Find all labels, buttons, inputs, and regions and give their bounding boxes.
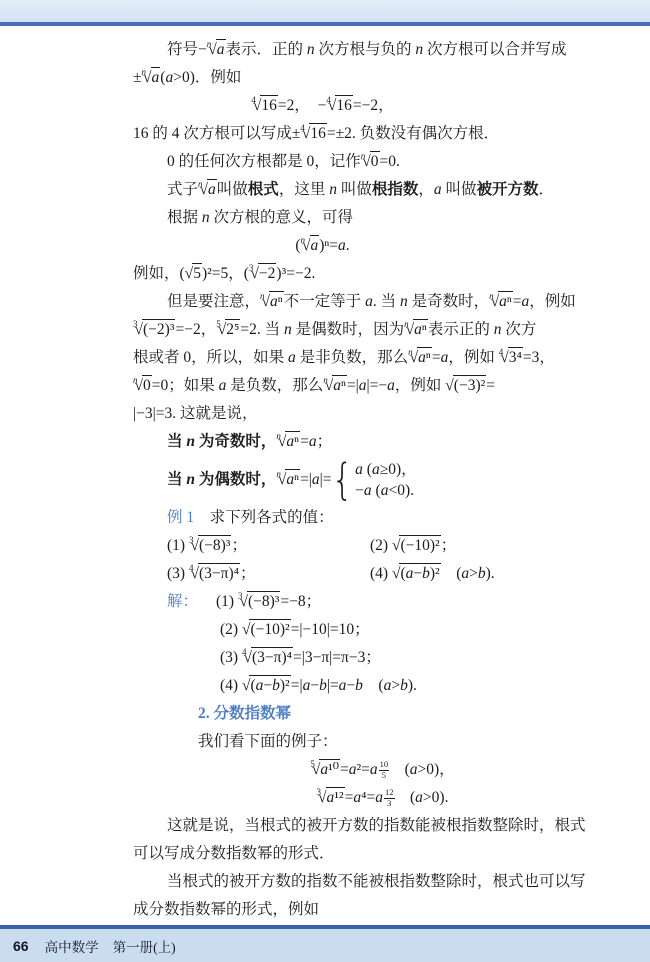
text-run: (4) — [220, 677, 242, 694]
text-line: n√0=0；如果 a 是负数，那么n√aⁿ=|a|=−a，例如 √(−3)²= — [133, 372, 632, 400]
text-line: 这就是说，当根式的被开方数的指数能被根指数整除时，根式 — [133, 812, 632, 840]
radical-expression: 3√(−2)³ — [133, 316, 175, 344]
text-line: (4) √(a−b)²=|a−b|=a−b (a>b). — [133, 672, 632, 700]
text-line: 当根式的被开方数的指数不能被根指数整除时，根式也可以写 — [133, 868, 632, 896]
text-run: (1) — [216, 593, 238, 610]
radical-expression: n√aⁿ — [489, 288, 513, 316]
text-run: =2. 当 n 是偶数时，因为 — [240, 321, 404, 338]
text-run: 当 n 为偶数时， — [167, 471, 276, 488]
text-run: (4) — [370, 565, 392, 582]
text-line: 解：(1) 3√(−8)³=−8； — [133, 588, 632, 616]
radical-expression: n√a — [207, 36, 226, 64]
radical-expression: 4√16 — [326, 92, 353, 120]
text-line: (3) 4√(3−π)⁴=|3−π|=π−3； — [133, 644, 632, 672]
text-run: 0 的任何次方根都是 0，记作 — [167, 153, 361, 170]
text-line: 例如，(√5)²=5，(3√−2)³=−2. — [133, 260, 632, 288]
text-line: 16 的 4 次方根可以写成±4√16=±2. 负数没有偶次方根． — [133, 120, 632, 148]
text-run: =|3−π|=π−3； — [293, 649, 381, 666]
radical-expression: 5√a¹⁰ — [310, 756, 340, 784]
text-run: 解： — [167, 593, 198, 610]
text-line: 成分数指数幂的形式，例如 — [133, 896, 632, 924]
text-run: 但是要注意， — [167, 293, 260, 310]
text-line: 符号−n√a表示．正的 n 次方根与负的 n 次方根可以合并写成 — [133, 36, 632, 64]
text-run: 求下列各式的值： — [194, 509, 334, 526]
text-run: 我们看下面的例子： — [198, 733, 338, 750]
radical-expression: n√a — [198, 176, 217, 204]
text-line: 当 n 为偶数时，n√aⁿ=|a|={a (a≥0)，−a (a<0). — [133, 456, 632, 504]
text-run: 16 的 4 次方根可以写成± — [133, 125, 300, 142]
text-run: =a，例如 — [513, 293, 576, 310]
text-line: 例 1 求下列各式的值： — [133, 504, 632, 532]
radical-expression: √(a−b)² — [392, 560, 441, 588]
text-run: (2) — [370, 537, 392, 554]
page-body-text: 符号−n√a表示．正的 n 次方根与负的 n 次方根可以合并写成±n√a(a>0… — [133, 36, 632, 924]
text-run: =|a−b|=a−b (a>b). — [291, 677, 417, 694]
text-run: =−8； — [280, 593, 321, 610]
radical-expression: n√aⁿ — [408, 344, 432, 372]
text-run: =a，例如 — [432, 349, 499, 366]
text-run: =a²=a — [340, 761, 378, 778]
radical-expression: √(−10)² — [242, 616, 291, 644]
text-run: 表示正的 n 次方 — [428, 321, 537, 338]
radical-expression: 5√2⁵ — [216, 316, 240, 344]
radical-expression: n√a — [300, 232, 319, 260]
radical-expression: n√0 — [133, 372, 152, 400]
text-line: 3√(−2)³=−2，5√2⁵=2. 当 n 是偶数时，因为n√aⁿ表示正的 n… — [133, 316, 632, 344]
text-run: = — [486, 377, 495, 394]
piecewise-cases: {a (a≥0)，−a (a<0). — [332, 459, 417, 501]
text-run: 当 n 为奇数时， — [167, 433, 276, 450]
text-line: 根或者 0，所以，如果 a 是非负数，那么n√aⁿ=a，例如 4√3⁴=3， — [133, 344, 632, 372]
text-run: 可以写成分数指数幂的形式． — [133, 845, 335, 862]
text-line: 2. 分数指数幂 — [133, 700, 632, 728]
text-run: ； — [441, 537, 457, 554]
text-run: 根指数 — [372, 181, 419, 198]
left-item: (1) 3√(−8)³； — [167, 532, 370, 560]
text-line: 4√16=2， −4√16=−2， — [133, 92, 632, 120]
radical-expression: 4√(3−π)⁴ — [242, 644, 293, 672]
fraction-exponent: 105 — [379, 760, 390, 781]
radical-expression: n√aⁿ — [260, 288, 284, 316]
text-run: ± — [133, 69, 142, 86]
text-line: 根据 n 次方根的意义，可得 — [133, 204, 632, 232]
radical-expression: √(−3)² — [445, 372, 486, 400]
text-run: 根式 — [248, 181, 279, 198]
text-run: 不一定等于 a. 当 n 是奇数时， — [284, 293, 489, 310]
two-column-formula-line: (1) 3√(−8)³；(2) √(−10)²； — [133, 532, 632, 560]
text-run: )ⁿ=a. — [319, 237, 349, 254]
radical-expression: n√0 — [361, 148, 380, 176]
radical-expression: 4√16 — [300, 120, 327, 148]
text-run: 叫做 — [217, 181, 248, 198]
text-run: 根据 n 次方根的意义，可得 — [167, 209, 353, 226]
text-run: (a>0)， — [389, 761, 455, 778]
text-run: (3) — [220, 649, 242, 666]
text-line: (n√a)ⁿ=a. — [133, 232, 632, 260]
radical-expression: n√a — [142, 64, 161, 92]
text-run: ，这里 n 叫做 — [279, 181, 372, 198]
text-run: ； — [231, 537, 247, 554]
page-number: 66 — [13, 938, 29, 954]
textbook-page: { "colors": { "accent_blue_text": "#4a7c… — [0, 0, 650, 962]
text-run: ； — [240, 565, 256, 582]
text-run: (3) — [167, 565, 189, 582]
radical-expression: n√aⁿ — [323, 372, 347, 400]
footer-band: 66 高中数学 第一册(上) — [0, 925, 650, 962]
text-run: )²=5，( — [202, 265, 249, 282]
radical-expression: 3√(−8)³ — [238, 588, 280, 616]
text-run: =a⁴=a — [345, 789, 383, 806]
text-run: 2. 分数指数幂 — [198, 705, 291, 722]
text-run: =3， — [523, 349, 555, 366]
text-run: =a； — [300, 433, 332, 450]
text-run: =|a|= — [300, 471, 331, 488]
text-run: 符号− — [167, 41, 207, 58]
two-column-formula-line: (3) 4√(3−π)⁴；(4) √(a−b)² (a>b). — [133, 560, 632, 588]
text-run: )³=−2. — [276, 265, 315, 282]
book-title: 高中数学 — [45, 936, 99, 956]
radical-expression: n√aⁿ — [276, 428, 300, 456]
radical-expression: 3√a¹² — [317, 784, 345, 812]
radical-expression: 4√(3−π)⁴ — [189, 560, 240, 588]
text-line: (2) √(−10)²=|−10|=10； — [133, 616, 632, 644]
text-run: =|a|=−a，例如 — [347, 377, 445, 394]
text-line: 3√a¹²=a⁴=a123 (a>0). — [133, 784, 632, 812]
left-item: (3) 4√(3−π)⁴； — [167, 560, 370, 588]
text-line: 0 的任何次方根都是 0，记作n√0=0. — [133, 148, 632, 176]
text-run: (a>0)．例如 — [160, 69, 241, 86]
text-run: 这就是说，当根式的被开方数的指数能被根指数整除时，根式 — [167, 817, 586, 834]
text-run: =−2， — [353, 97, 394, 114]
text-line: 式子n√a叫做根式，这里 n 叫做根指数，a 叫做被开方数． — [133, 176, 632, 204]
text-run: (2) — [220, 621, 242, 638]
footer-content: 66 高中数学 第一册(上) — [0, 929, 650, 962]
text-run: =0；如果 a 是负数，那么 — [152, 377, 324, 394]
radical-expression: √5 — [185, 260, 202, 288]
text-line: 我们看下面的例子： — [133, 728, 632, 756]
text-run: (1) — [167, 537, 189, 554]
text-line: 5√a¹⁰=a²=a105 (a>0)， — [133, 756, 632, 784]
radical-expression: √(−10)² — [392, 532, 441, 560]
volume-label: 第一册(上) — [113, 936, 176, 956]
text-line: 但是要注意，n√aⁿ不一定等于 a. 当 n 是奇数时，n√aⁿ=a，例如 — [133, 288, 632, 316]
text-run: =2， − — [278, 97, 326, 114]
text-run: =|−10|=10； — [291, 621, 370, 638]
radical-expression: √(a−b)² — [242, 672, 291, 700]
radical-expression: 3√(−8)³ — [189, 532, 231, 560]
text-run: 根或者 0，所以，如果 a 是非负数，那么 — [133, 349, 408, 366]
text-run: 式子 — [167, 181, 198, 198]
text-run: =−2， — [175, 321, 216, 338]
text-run: 表示．正的 n 次方根与负的 n 次方根可以合并写成 — [226, 41, 567, 58]
text-line: |−3|=3. 这就是说， — [133, 400, 632, 428]
text-run: (a>0). — [395, 789, 449, 806]
text-line: 可以写成分数指数幂的形式． — [133, 840, 632, 868]
text-run: 例 1 — [167, 509, 194, 526]
radical-expression: n√aⁿ — [276, 456, 300, 504]
radical-expression: n√aⁿ — [404, 316, 428, 344]
radical-expression: 4√3⁴ — [499, 344, 523, 372]
text-run: 被开方数 — [477, 181, 539, 198]
text-line: ±n√a(a>0)．例如 — [133, 64, 632, 92]
text-run: =0. — [380, 153, 400, 170]
radical-expression: 4√16 — [251, 92, 278, 120]
text-run: ． — [539, 181, 555, 198]
text-run: =±2. 负数没有偶次方根． — [327, 125, 499, 142]
text-run: ，a 叫做 — [418, 181, 476, 198]
top-decorative-band — [0, 0, 650, 26]
fraction-exponent: 123 — [384, 788, 395, 809]
text-run: |−3|=3. 这就是说， — [133, 405, 257, 422]
text-run: 例如，( — [133, 265, 185, 282]
text-line: 当 n 为奇数时，n√aⁿ=a； — [133, 428, 632, 456]
text-run: 当根式的被开方数的指数不能被根指数整除时，根式也可以写 — [167, 873, 586, 890]
text-run: 成分数指数幂的形式，例如 — [133, 901, 319, 918]
radical-expression: 3√−2 — [249, 260, 277, 288]
text-run: (a>b). — [441, 565, 495, 582]
